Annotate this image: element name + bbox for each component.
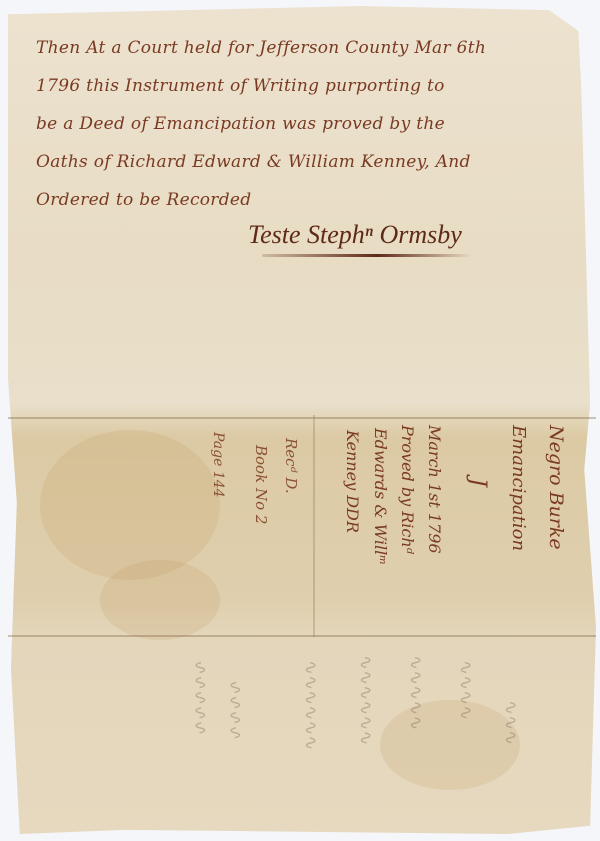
certification-line-1: Then At a Court held for Jefferson Count… <box>36 38 486 58</box>
docket-line: Proved by Richᵈ <box>398 425 417 554</box>
certification-line-3: be a Deed of Emancipation was proved by … <box>36 114 445 134</box>
certification-line-5: Ordered to be Recorded <box>36 190 251 210</box>
bleed-through-text: ∿∿∿∿∿ <box>190 660 211 735</box>
clerk-signature: Teste Stephⁿ Ormsby <box>248 220 462 250</box>
docket-line: Negro Burke <box>545 425 567 550</box>
bleed-through-text: ∿∿∿∿∿ <box>405 655 426 730</box>
docket-line: Edwards & Willᵐ <box>371 428 390 565</box>
recording-note-line: Book No 2 <box>252 445 270 524</box>
certification-line-4: Oaths of Richard Edward & William Kenney… <box>36 152 471 172</box>
docket-line: March 1st 1796 <box>425 425 444 554</box>
paper-stain <box>380 700 520 790</box>
vertical-fold-line <box>313 415 315 637</box>
bleed-through-text: ∿∿∿∿ <box>225 680 246 740</box>
paper-stain <box>40 430 220 580</box>
docket-line: Emancipation <box>508 425 529 551</box>
horizontal-fold-line <box>8 635 596 637</box>
docket-line: J <box>465 478 490 487</box>
recording-note-line: Page 144 <box>210 432 226 498</box>
docket-line: Kenney DDR <box>343 430 362 533</box>
horizontal-fold-line <box>8 417 596 419</box>
recording-note-line: Recᵈ D. <box>282 438 300 494</box>
signature-flourish <box>262 254 472 257</box>
certification-line-2: 1796 this Instrument of Writing purporti… <box>36 76 445 96</box>
bleed-through-text: ∿∿∿∿ <box>455 660 476 720</box>
bleed-through-text: ∿∿∿∿∿∿ <box>300 660 321 751</box>
bleed-through-text: ∿∿∿ <box>500 700 521 745</box>
paper-stain <box>100 560 220 640</box>
bleed-through-text: ∿∿∿∿∿∿ <box>355 655 376 746</box>
